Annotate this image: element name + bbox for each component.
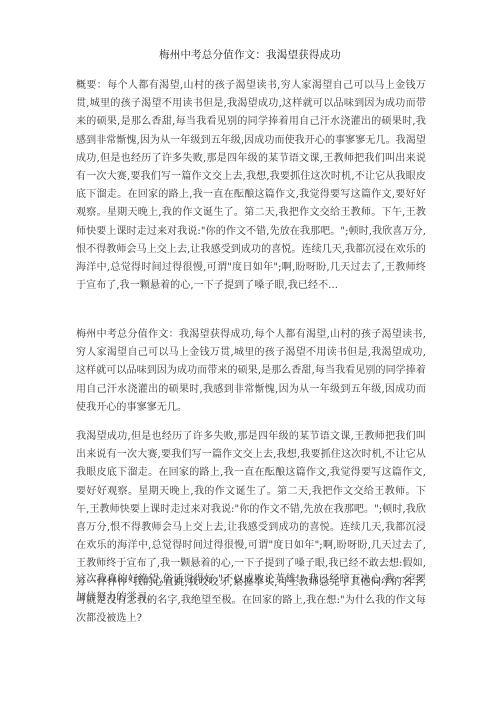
body-paragraph-1: 梅州中考总分值作文：我渴望获得成功,每个人都有渴望,山村的孩子渴望读书,穷人家渴…: [76, 326, 426, 417]
body-paragraph-3: 这次我真的好绝望,俗话说得好:"不以成败论英雄!";我已经暗下决心,我一定要加倍…: [76, 571, 426, 607]
summary-paragraph: 概要：每个人都有渴望,山村的孩子渴望读书,穷人家渴望自己可以马上金钱万贯,城里的…: [76, 77, 426, 295]
document-title: 梅州中考总分值作文：我渴望获得成功: [0, 47, 500, 62]
